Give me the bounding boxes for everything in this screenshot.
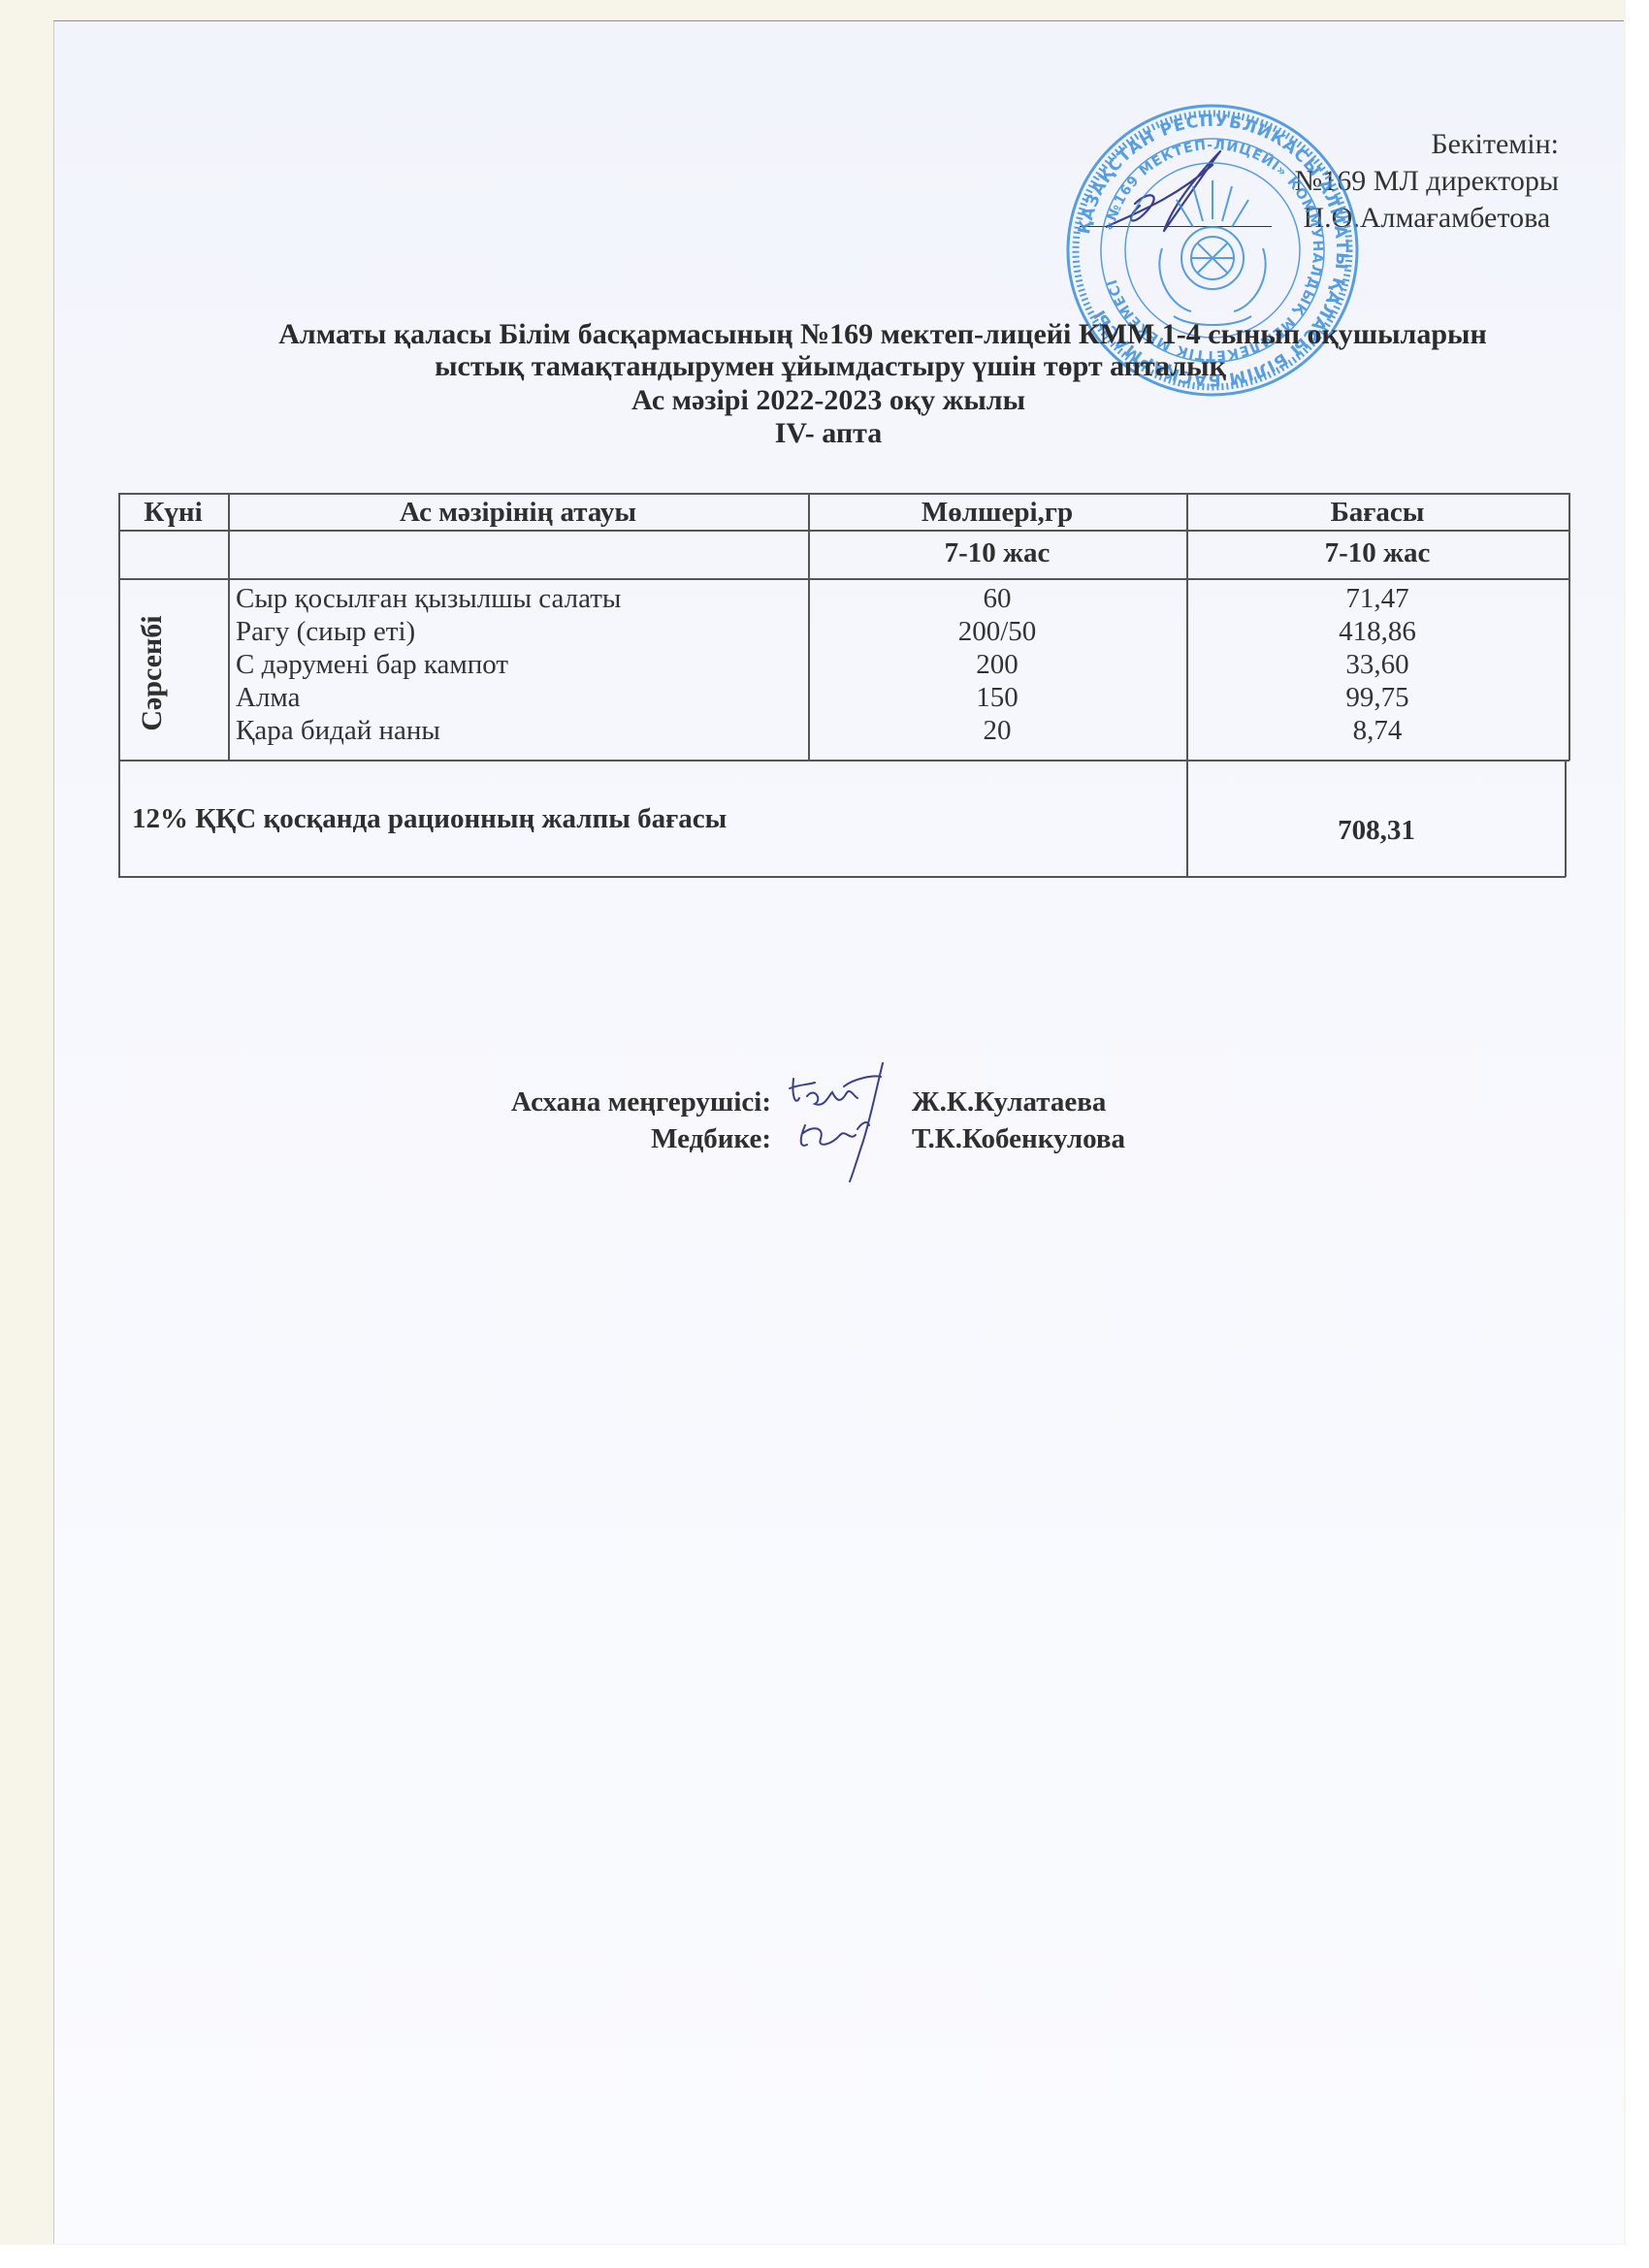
approval-block: Бекітемін: №169 МЛ директоры П.О.Алмағам… <box>1295 126 1559 237</box>
table-row-price: 8,74 <box>1186 714 1568 747</box>
header-day: Күні <box>118 495 228 530</box>
header-dish: Ас мәзірінің атауы <box>228 495 808 530</box>
document-title-line-1: Алматы қаласы Білім басқармасының №169 м… <box>58 318 1649 351</box>
approval-label: Бекітемін: <box>1295 126 1559 163</box>
subheader-price-age: 7-10 жас <box>1186 535 1568 570</box>
table-divider <box>118 530 1569 532</box>
table-row-quantity: 20 <box>808 714 1186 747</box>
table-divider <box>118 760 1569 761</box>
total-value: 708,31 <box>1186 813 1567 848</box>
table-row-price: 99,75 <box>1186 681 1568 714</box>
table-row-dish: Сыр қосылған қызылшы салаты <box>236 582 808 615</box>
table-divider <box>228 493 230 761</box>
signature-name-nurse: Т.К.Кобенкулова <box>912 1123 1125 1155</box>
quantity-list: 60 200/50 200 150 20 <box>808 582 1186 747</box>
document-title-line-3: Ас мәзірі 2022-2023 оқу жылы <box>4 384 1649 417</box>
dish-list: Сыр қосылған қызылшы салаты Рагу (сиыр е… <box>236 582 808 747</box>
table-row-quantity: 150 <box>808 681 1186 714</box>
table-row-price: 418,86 <box>1186 615 1568 648</box>
table-row-dish: Рагу (сиыр еті) <box>236 615 808 648</box>
signature-name-cook: Ж.К.Кулатаева <box>912 1086 1106 1118</box>
table-row-quantity: 200 <box>808 648 1186 681</box>
price-list: 71,47 418,86 33,60 99,75 8,74 <box>1186 582 1568 747</box>
header-price: Бағасы <box>1186 495 1568 530</box>
table-row-dish: Қара бидай наны <box>236 714 808 747</box>
director-signature-line <box>1080 226 1272 227</box>
signature-role-cook: Асхана меңгерушісі: <box>511 1086 771 1118</box>
document-title-line-2: ыстық тамақтандырумен ұйымдастыру үшін т… <box>6 350 1649 383</box>
subheader-quantity-age: 7-10 жас <box>808 535 1186 570</box>
table-divider <box>118 578 1569 580</box>
week-label: IV- апта <box>4 417 1649 450</box>
approval-name: П.О.Алмағамбетова <box>1295 200 1559 237</box>
table-row-dish: С дәрумені бар кампот <box>236 648 808 681</box>
table-row-dish: Алма <box>236 681 808 714</box>
table-row-price: 33,60 <box>1186 648 1568 681</box>
approval-position: №169 МЛ директоры <box>1295 163 1559 200</box>
header-quantity: Мөлшері,гр <box>808 495 1186 530</box>
table-border-bottom <box>118 876 1566 878</box>
table-row-quantity: 200/50 <box>808 615 1186 648</box>
table-border-left <box>118 493 120 877</box>
table-row-quantity: 60 <box>808 582 1186 615</box>
total-label: 12% ҚҚС қосқанда рационның жалпы бағасы <box>132 801 727 836</box>
table-border-right <box>1568 493 1570 761</box>
day-label: Сәрсенбі <box>136 615 169 730</box>
table-row-price: 71,47 <box>1186 582 1568 615</box>
signature-role-nurse: Медбике: <box>651 1123 771 1155</box>
